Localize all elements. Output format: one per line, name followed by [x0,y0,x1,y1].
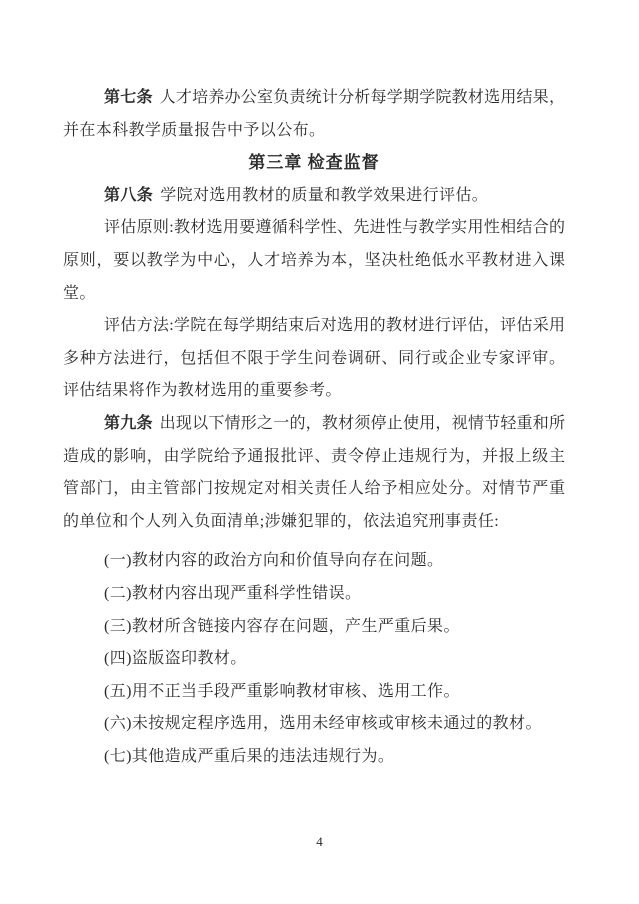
document-line: 第七条人才培养办公室负责统计分析每学期学院教材选用结果， [63,82,565,115]
document-line: 管部门，由主管部门按规定对相关责任人给予相应处分。对情节严重 [63,473,565,506]
document-line: 第九条出现以下情形之一的，教材须停止使用，视情节轻重和所 [63,408,565,441]
list-item-line: (四)盗版盗印教材。 [63,643,565,676]
list-item-line: (五)用不正当手段严重影响教材审核、选用工作。 [63,676,565,709]
list-item-line: (一)教材内容的政治方向和价值导向存在问题。 [63,545,565,578]
chapter-heading: 第三章 检查监督 [63,147,565,180]
document-line: 评估结果将作为教材选用的重要参考。 [63,375,565,408]
list-item-line: (二)教材内容出现严重科学性错误。 [63,578,565,611]
document-line: 原则，要以教学为中心，人才培养为本，坚决杜绝低水平教材进入课 [63,245,565,278]
document-line: 评估原则:教材选用要遵循科学性、先进性与教学实用性相结合的 [63,212,565,245]
document-line: 多种方法进行，包括但不限于学生问卷调研、同行或企业专家评审。 [63,343,565,376]
page-number: 4 [0,834,639,850]
article-number: 第七条 [104,89,153,106]
document-line: 的单位和个人列入负面清单;涉嫌犯罪的，依法追究刑事责任: [63,506,565,539]
document-line: 造成的影响，由学院给予通报批评、责令停止违规行为，并报上级主 [63,441,565,474]
article-number: 第八条 [104,187,153,204]
document-line: 第八条学院对选用教材的质量和教学效果进行评估。 [63,180,565,213]
document-line: 堂。 [63,278,565,311]
document-body: 第七条人才培养办公室负责统计分析每学期学院教材选用结果，并在本科教学质量报告中予… [63,82,565,773]
list-item-line: (七)其他造成严重后果的违法违规行为。 [63,741,565,774]
list-item-line: (六)未按规定程序选用，选用未经审核或审核未通过的教材。 [63,708,565,741]
article-number: 第九条 [104,415,153,432]
list-item-line: (三)教材所含链接内容存在问题，产生严重后果。 [63,611,565,644]
document-line: 并在本科教学质量报告中予以公布。 [63,115,565,148]
document-line: 评估方法:学院在每学期结束后对选用的教材进行评估，评估采用 [63,310,565,343]
document-page: 第七条人才培养办公室负责统计分析每学期学院教材选用结果，并在本科教学质量报告中予… [0,0,639,904]
